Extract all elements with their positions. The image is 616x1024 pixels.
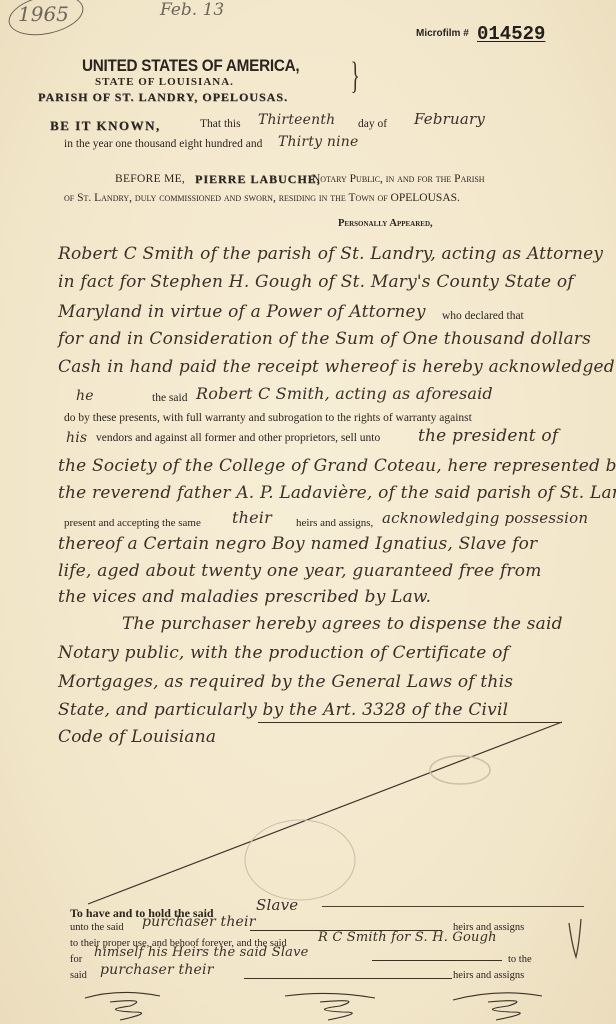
unto-said-label: unto the said bbox=[70, 922, 124, 933]
himself-field: himself his Heirs the said Slave bbox=[94, 945, 309, 960]
object-field: Slave bbox=[256, 896, 298, 914]
said-label: said bbox=[70, 970, 87, 981]
document-page: 1965 Feb. 13 Microfilm # 014529 UNITED S… bbox=[0, 0, 616, 1024]
cancel-diagonal-line bbox=[0, 0, 616, 1024]
flourish-center-icon bbox=[280, 990, 380, 1024]
check-mark-icon bbox=[566, 915, 586, 965]
himself-rule bbox=[372, 960, 502, 961]
purchaser-field: purchaser their bbox=[142, 914, 256, 930]
grantor-field: R C Smith for S. H. Gough bbox=[318, 930, 497, 945]
flourish-left-icon bbox=[80, 990, 170, 1024]
flourish-right-icon bbox=[448, 990, 548, 1024]
to-the-label: to the bbox=[508, 954, 532, 965]
for-label: for bbox=[70, 954, 82, 965]
object-rule bbox=[322, 906, 584, 907]
purchaser-rule-2 bbox=[244, 978, 452, 979]
purchaser-field-2: purchaser their bbox=[100, 962, 214, 978]
heirs-assigns-2: heirs and assigns bbox=[453, 970, 524, 981]
